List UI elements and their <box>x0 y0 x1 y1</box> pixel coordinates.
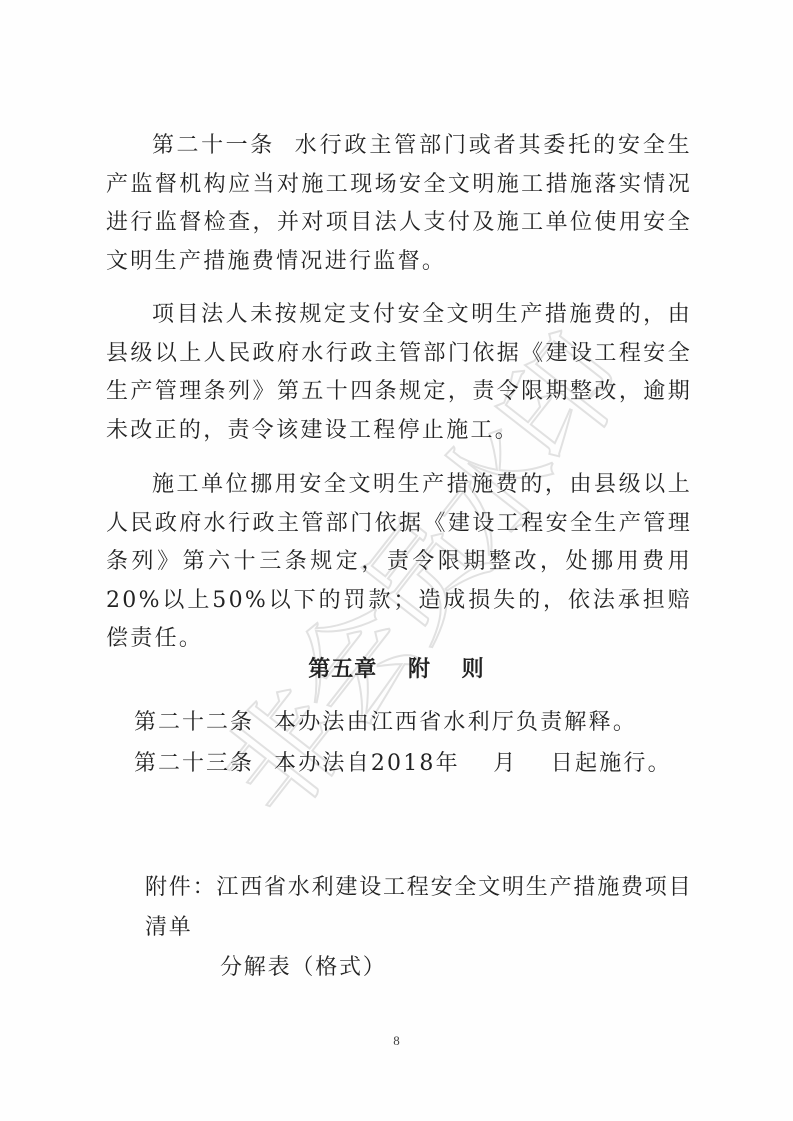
attachment-note: 附件：江西省水利建设工程安全文明生产措施费项目清单 分解表（格式） <box>145 868 705 988</box>
document-page: 非会员水印 第二十一条水行政主管部门或者其委托的安全生产监督机构应当对施工现场安… <box>0 0 793 1121</box>
article-21-number: 第二十一条 <box>152 133 275 158</box>
article-22-number: 第二十二条 <box>134 710 254 735</box>
article-21-paragraph: 第二十一条水行政主管部门或者其委托的安全生产监督机构应当对施工现场安全文明施工措… <box>106 127 692 281</box>
article-22-text: 本办法由江西省水利厅负责解释。 <box>274 710 637 735</box>
attachment-label: 附件： <box>145 875 216 900</box>
attachment-line1: 江西省水利建设工程安全文明生产措施费项目清单 <box>145 875 692 940</box>
chapter-label: 第五章 <box>308 657 377 682</box>
paragraph-unpaid-fees: 项目法人未按规定支付安全文明生产措施费的，由县级以上人民政府水行政主管部门依据《… <box>106 296 692 450</box>
chapter-title-part2: 则 <box>462 657 485 682</box>
attachment-line2: 分解表（格式） <box>145 948 705 988</box>
chapter-title-part1: 附 <box>408 657 431 682</box>
article-23-text: 本办法自2018年 月 日起施行。 <box>274 751 672 776</box>
paragraph-misused-fees: 施工单位挪用安全文明生产措施费的，由县级以上人民政府水行政主管部门依据《建设工程… <box>106 466 692 659</box>
article-22-line: 第二十二条本办法由江西省水利厅负责解释。 <box>134 705 637 736</box>
article-23-line: 第二十三条本办法自2018年 月 日起施行。 <box>134 746 672 777</box>
chapter-heading: 第五章 附 则 <box>0 652 793 683</box>
article-23-number: 第二十三条 <box>134 751 254 776</box>
page-number: 8 <box>0 1033 793 1049</box>
